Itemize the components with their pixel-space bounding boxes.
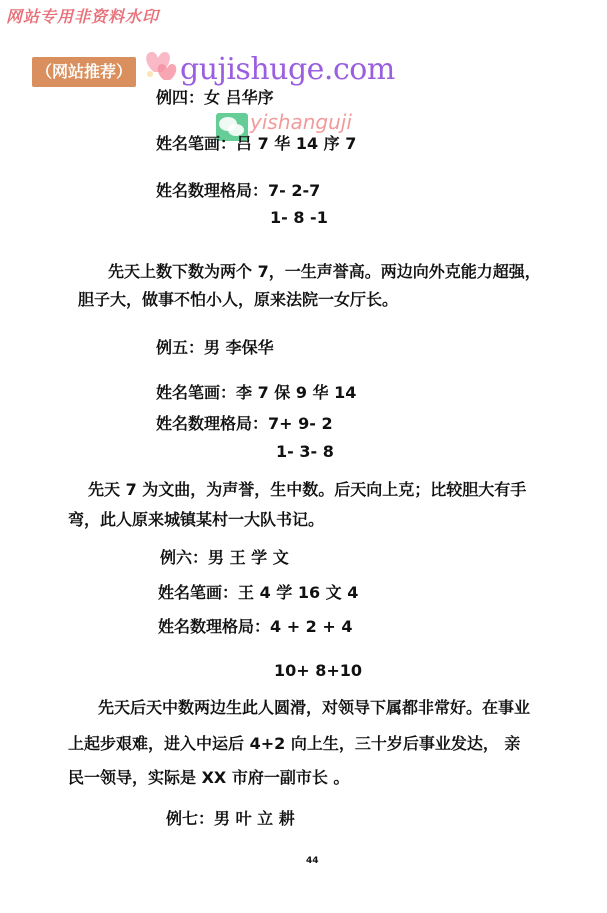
example-4-analysis-line-1: 先天上数下数为两个 7，一生声誉高。两边向外克能力超强， [108,259,541,282]
example-6-analysis-line-2: 上起步艰难，进入中运后 4+2 向上生，三十岁后事业发达， 亲 [68,731,520,754]
hearts-icon [142,42,182,82]
example-5-pattern: 姓名数理格局：7+ 9- 2 [156,411,333,434]
watermark-text: 网站专用非资料水印 [6,4,159,27]
example-6-analysis-line-1: 先天后天中数两边生此人圆滑，对领导下属都非常好。在事业 [98,695,530,718]
example-4-strokes: 姓名笔画：吕 7 华 14 序 7 [156,131,356,154]
example-7-title: 例七：男 叶 立 耕 [166,806,295,829]
example-4-pattern-2: 1- 8 -1 [270,208,328,227]
site-watermark-url: gujishuge.com [180,52,395,87]
example-5-title: 例五：男 李保华 [156,335,274,358]
example-6-pattern: 姓名数理格局：4 + 2 + 4 [158,614,353,637]
example-6-strokes: 姓名笔画：王 4 学 16 文 4 [158,580,358,603]
example-4-pattern: 姓名数理格局：7- 2-7 [156,178,320,201]
example-6-pattern-2: 10+ 8+10 [274,661,362,680]
example-5-strokes: 姓名笔画：李 7 保 9 华 14 [156,380,356,403]
example-5-pattern-2: 1- 3- 8 [276,442,334,461]
example-6-analysis-line-3: 民一领导，实际是 XX 市府一副市长 。 [68,765,349,788]
example-5-analysis-line-1: 先天 7 为文曲，为声誉，生中数。后天向上克；比较胆大有手 [88,477,526,500]
page-number: 44 [306,856,319,866]
site-recommend-badge: （网站推荐） [32,57,136,87]
example-4-analysis-line-2: 胆子大，做事不怕小人，原来法院一女厅长。 [78,287,398,310]
example-6-title: 例六：男 王 学 文 [160,545,289,568]
example-5-analysis-line-2: 弯，此人原来城镇某村一大队书记。 [68,507,324,530]
example-4-title: 例四：女 吕华序 [156,85,274,108]
